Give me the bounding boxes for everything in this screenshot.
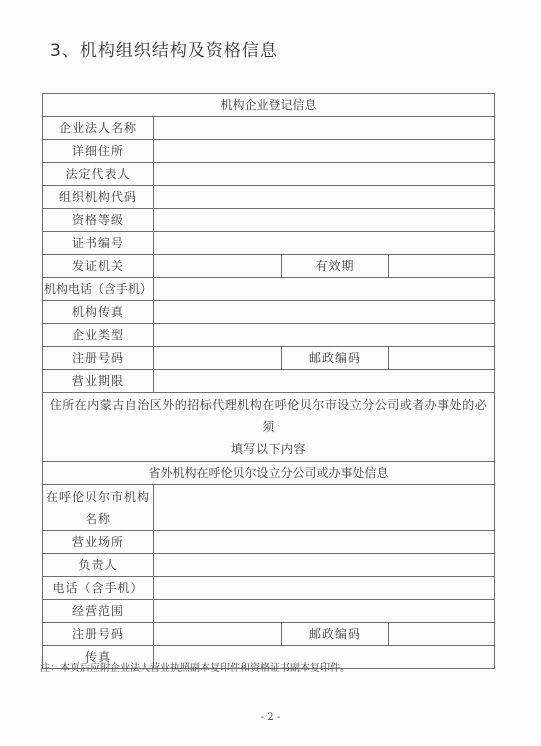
notice-line-2: 填写以下内容 — [49, 438, 488, 460]
input-branch-phone[interactable] — [154, 577, 495, 600]
row-issuing-authority: 发证机关 有效期 — [43, 255, 495, 278]
input-address[interactable] — [154, 140, 495, 163]
label-branch-postal-code: 邮政编码 — [282, 623, 389, 646]
label-branch-name-line-1: 在呼伦贝尔市机构 — [43, 486, 153, 508]
row-legal-rep: 法定代表人 — [43, 163, 495, 186]
page-heading: 3、机构组织结构及资格信息 — [50, 36, 278, 61]
row-registration-number: 注册号码 邮政编码 — [43, 347, 495, 370]
row-qualification-level: 资格等级 — [43, 209, 495, 232]
label-address: 详细住所 — [43, 140, 154, 163]
input-enterprise-type[interactable] — [154, 324, 495, 347]
notice-line-1: 住所在内蒙古自治区外的招标代理机构在呼伦贝尔市设立分公司或者办事处的必须 — [49, 394, 488, 438]
label-certificate-number: 证书编号 — [43, 232, 154, 255]
section2-title: 省外机构在呼伦贝尔设立分公司或办事处信息 — [43, 462, 495, 485]
label-org-code: 组织机构代码 — [43, 186, 154, 209]
notice-text: 住所在内蒙古自治区外的招标代理机构在呼伦贝尔市设立分公司或者办事处的必须 填写以… — [43, 393, 495, 462]
input-postal-code[interactable] — [389, 347, 495, 370]
row-business-scope: 经营范围 — [43, 600, 495, 623]
label-business-scope: 经营范围 — [43, 600, 154, 623]
label-branch-name-line-2: 名称 — [43, 508, 153, 530]
label-qualification-level: 资格等级 — [43, 209, 154, 232]
page-number: - 2 - — [0, 712, 541, 723]
label-business-premises: 营业场所 — [43, 531, 154, 554]
row-org-phone: 机构电话（含手机） — [43, 278, 495, 301]
input-branch-postal-code[interactable] — [389, 623, 495, 646]
label-branch-name: 在呼伦贝尔市机构 名称 — [43, 485, 154, 531]
label-registration-number: 注册号码 — [43, 347, 154, 370]
row-enterprise-type: 企业类型 — [43, 324, 495, 347]
footnote: 注：本页后应附企业法人营业执照副本复印件和资格证书副本复印件。 — [40, 659, 350, 674]
section1-header-row: 机构企业登记信息 — [43, 94, 495, 117]
row-branch-registration-number: 注册号码 邮政编码 — [43, 623, 495, 646]
row-org-fax: 机构传真 — [43, 301, 495, 324]
input-branch-name[interactable] — [154, 485, 495, 531]
section2-header-row: 省外机构在呼伦贝尔设立分公司或办事处信息 — [43, 462, 495, 485]
input-legal-rep[interactable] — [154, 163, 495, 186]
input-issuing-authority[interactable] — [154, 255, 282, 278]
row-address: 详细住所 — [43, 140, 495, 163]
row-person-in-charge: 负责人 — [43, 554, 495, 577]
input-org-phone[interactable] — [154, 278, 495, 301]
row-org-code: 组织机构代码 — [43, 186, 495, 209]
registration-form-table: 机构企业登记信息 企业法人名称 详细住所 法定代表人 组织机构代码 资格等级 证… — [42, 93, 495, 669]
input-business-premises[interactable] — [154, 531, 495, 554]
label-person-in-charge: 负责人 — [43, 554, 154, 577]
row-business-term: 营业期限 — [43, 370, 495, 393]
input-org-fax[interactable] — [154, 301, 495, 324]
input-business-term[interactable] — [154, 370, 495, 393]
input-certificate-number[interactable] — [154, 232, 495, 255]
label-org-phone: 机构电话（含手机） — [43, 278, 154, 301]
input-qualification-level[interactable] — [154, 209, 495, 232]
label-enterprise-type: 企业类型 — [43, 324, 154, 347]
row-business-premises: 营业场所 — [43, 531, 495, 554]
notice-row: 住所在内蒙古自治区外的招标代理机构在呼伦贝尔市设立分公司或者办事处的必须 填写以… — [43, 393, 495, 462]
input-branch-registration-number[interactable] — [154, 623, 282, 646]
input-org-code[interactable] — [154, 186, 495, 209]
row-certificate-number: 证书编号 — [43, 232, 495, 255]
label-business-term: 营业期限 — [43, 370, 154, 393]
input-business-scope[interactable] — [154, 600, 495, 623]
label-branch-registration-number: 注册号码 — [43, 623, 154, 646]
label-validity-period: 有效期 — [282, 255, 389, 278]
label-branch-phone: 电话（含手机） — [43, 577, 154, 600]
label-legal-rep: 法定代表人 — [43, 163, 154, 186]
input-validity-period[interactable] — [389, 255, 495, 278]
label-org-fax: 机构传真 — [43, 301, 154, 324]
input-registration-number[interactable] — [154, 347, 282, 370]
row-legal-name: 企业法人名称 — [43, 117, 495, 140]
section1-title: 机构企业登记信息 — [43, 94, 495, 117]
input-legal-name[interactable] — [154, 117, 495, 140]
input-person-in-charge[interactable] — [154, 554, 495, 577]
label-issuing-authority: 发证机关 — [43, 255, 154, 278]
label-postal-code: 邮政编码 — [282, 347, 389, 370]
label-legal-name: 企业法人名称 — [43, 117, 154, 140]
row-branch-name: 在呼伦贝尔市机构 名称 — [43, 485, 495, 531]
row-branch-phone: 电话（含手机） — [43, 577, 495, 600]
